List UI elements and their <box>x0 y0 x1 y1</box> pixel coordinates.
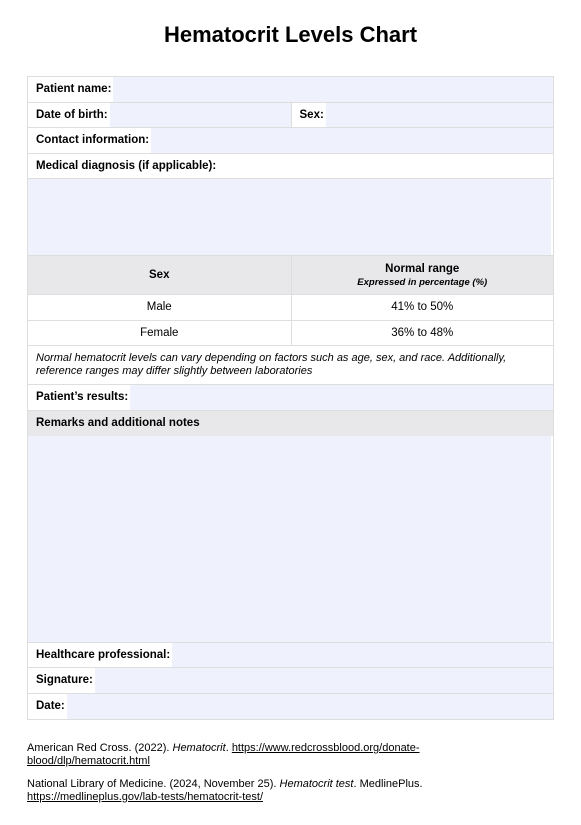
sex-cell: Sex: <box>291 103 554 128</box>
normal-range-header-text: Normal range <box>385 263 459 275</box>
reference-post: . MedlinePlus. <box>353 778 422 790</box>
signature-field[interactable] <box>95 668 553 693</box>
reference-source: American Red Cross. (2022). <box>27 742 173 754</box>
range-cell: 41% to 50% <box>291 295 554 320</box>
patients-results-label: Patient’s results: <box>28 385 130 410</box>
date-of-birth-field[interactable] <box>110 103 291 128</box>
sex-field[interactable] <box>326 103 553 128</box>
range-cell: 36% to 48% <box>291 321 554 346</box>
results-row: Patient’s results: <box>28 385 553 411</box>
signature-row: Signature: <box>28 668 553 694</box>
reference-title: Hematocrit test <box>280 778 354 790</box>
sex-cell: Male <box>28 295 291 320</box>
date-label: Date: <box>28 694 67 720</box>
sex-header-text: Sex <box>149 269 169 281</box>
page-title: Hematocrit Levels Chart <box>0 22 581 48</box>
remarks-field[interactable] <box>28 436 551 642</box>
reference-source: National Library of Medicine. (2024, Nov… <box>27 778 280 790</box>
signature-label: Signature: <box>28 668 95 693</box>
diagnosis-row: Medical diagnosis (if applicable): <box>28 154 553 180</box>
normal-range-column-header: Normal range Expressed in percentage (%) <box>291 256 554 294</box>
normal-range-subheader-text: Expressed in percentage (%) <box>357 277 487 288</box>
contact-information-label: Contact information: <box>28 128 151 153</box>
sex-label: Sex: <box>292 103 326 128</box>
medical-diagnosis-field[interactable] <box>28 179 551 255</box>
table-row: Male 41% to 50% <box>28 295 553 321</box>
remarks-heading-row: Remarks and additional notes <box>28 411 553 643</box>
dob-cell: Date of birth: <box>28 103 291 128</box>
patients-results-field[interactable] <box>130 385 553 410</box>
table-row: Female 36% to 48% <box>28 321 553 347</box>
patient-name-field[interactable] <box>113 77 553 102</box>
sex-column-header: Sex <box>28 256 291 294</box>
hematocrit-note: Normal hematocrit levels can vary depend… <box>28 346 553 384</box>
medical-diagnosis-label: Medical diagnosis (if applicable): <box>28 154 218 179</box>
reference-link[interactable]: https://medlineplus.gov/lab-tests/hemato… <box>27 791 263 803</box>
note-row: Normal hematocrit levels can vary depend… <box>28 346 553 385</box>
date-row: Date: <box>28 694 553 720</box>
contact-information-field[interactable] <box>151 128 553 153</box>
healthcare-professional-row: Healthcare professional: <box>28 643 553 669</box>
dob-sex-row: Date of birth: Sex: <box>28 103 553 129</box>
contact-row: Contact information: <box>28 128 553 154</box>
remarks-heading: Remarks and additional notes <box>28 411 553 436</box>
references: American Red Cross. (2022). Hematocrit. … <box>27 742 467 814</box>
range-table-header: Sex Normal range Expressed in percentage… <box>28 256 553 295</box>
patient-name-row: Patient name: <box>28 77 553 103</box>
reference-title: Hematocrit <box>173 742 226 754</box>
date-field[interactable] <box>67 694 553 720</box>
reference-item: National Library of Medicine. (2024, Nov… <box>27 778 467 804</box>
healthcare-professional-label: Healthcare professional: <box>28 643 172 668</box>
patient-name-label: Patient name: <box>28 77 113 102</box>
reference-item: American Red Cross. (2022). Hematocrit. … <box>27 742 467 768</box>
patient-form: Patient name: Date of birth: Sex: Contac… <box>27 76 554 720</box>
date-of-birth-label: Date of birth: <box>28 103 110 128</box>
diagnosis-area-row <box>28 179 553 256</box>
healthcare-professional-field[interactable] <box>172 643 553 668</box>
sex-cell: Female <box>28 321 291 346</box>
